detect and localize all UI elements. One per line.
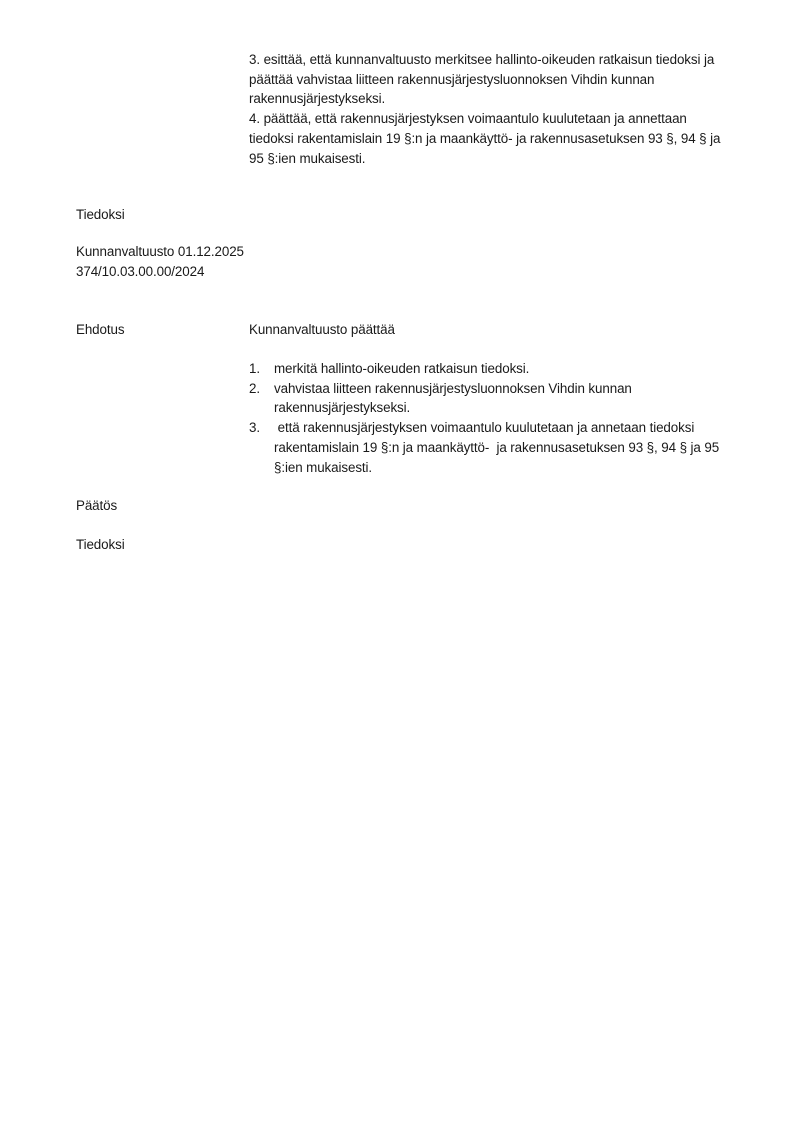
proposal-intro: Kunnanvaltuusto päättää: [249, 320, 395, 340]
section-label-tiedoksi: Tiedoksi: [76, 205, 125, 225]
proposal-item: 1. merkitä hallinto-oikeuden ratkaisun t…: [249, 359, 741, 379]
proposal-list-container: 1. merkitä hallinto-oikeuden ratkaisun t…: [249, 359, 741, 477]
meeting-record-id: 374/10.03.00.00/2024: [76, 262, 204, 282]
continuation-item-4: 4. päättää, että rakennusjärjestyksen vo…: [249, 109, 729, 168]
continuation-items: 3. esittää, että kunnanvaltuusto merkits…: [249, 50, 729, 168]
proposal-item: 2. vahvistaa liitteen rakennusjärjestysl…: [249, 379, 741, 418]
proposal-item: 3. että rakennusjärjestyksen voimaantulo…: [249, 418, 741, 477]
document-page: 3. esittää, että kunnanvaltuusto merkits…: [0, 0, 794, 1122]
proposal-item-number: 1.: [249, 359, 260, 379]
proposal-item-text: vahvistaa liitteen rakennusjärjestysluon…: [274, 379, 741, 418]
proposal-item-number: 3.: [249, 418, 260, 438]
meeting-body-date: Kunnanvaltuusto 01.12.2025: [76, 242, 244, 262]
continuation-item-3: 3. esittää, että kunnanvaltuusto merkits…: [249, 50, 729, 109]
decision-label: Päätös: [76, 496, 117, 516]
proposal-item-text: että rakennusjärjestyksen voimaantulo ku…: [274, 418, 741, 477]
section-label-tiedoksi-2: Tiedoksi: [76, 535, 125, 555]
proposal-label: Ehdotus: [76, 320, 124, 340]
proposal-item-text: merkitä hallinto-oikeuden ratkaisun tied…: [274, 359, 741, 379]
proposal-list: 1. merkitä hallinto-oikeuden ratkaisun t…: [249, 359, 741, 477]
proposal-item-number: 2.: [249, 379, 260, 399]
